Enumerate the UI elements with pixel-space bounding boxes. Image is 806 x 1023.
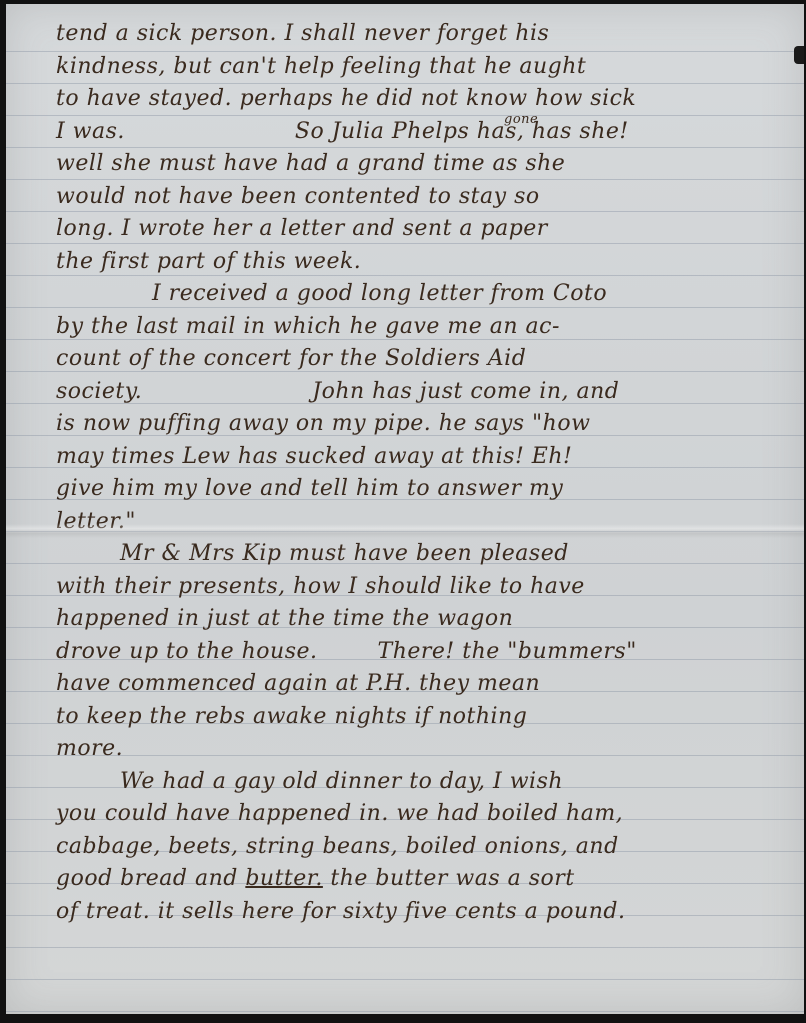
letter-line: of treat. it sells here for sixty five c… (56, 896, 796, 929)
letter-line: Mr & Mrs Kip must have been pleased (56, 538, 796, 571)
letter-line: tend a sick person. I shall never forget… (56, 18, 796, 51)
letter-line: well she must have had a grand time as s… (56, 148, 796, 181)
letter-line: kindness, but can't help feeling that he… (56, 51, 796, 84)
line-segment: drove up to the house. (56, 639, 318, 664)
letter-page: tend a sick person. I shall never forget… (6, 4, 804, 1014)
line-segment: There! the "bummers" (378, 639, 637, 664)
letter-line: give him my love and tell him to answer … (56, 473, 796, 506)
letter-body: tend a sick person. I shall never forget… (56, 18, 796, 928)
line-segment: John has just come in, and (312, 379, 619, 404)
letter-line: to keep the rebs awake nights if nothing (56, 701, 796, 734)
letter-line: to have stayed. perhaps he did not know … (56, 83, 796, 116)
letter-line: more. (56, 733, 796, 766)
letter-line: you could have happened in. we had boile… (56, 798, 796, 831)
letter-line: would not have been contented to stay so (56, 181, 796, 214)
line-segment: I was. (56, 119, 125, 144)
letter-line: I received a good long letter from Coto (56, 278, 796, 311)
line-segment: good bread and (56, 866, 238, 891)
letter-line: with their presents, how I should like t… (56, 571, 796, 604)
line-segment: So Julia Phelps has, has she! (295, 119, 629, 144)
letter-line: count of the concert for the Soldiers Ai… (56, 343, 796, 376)
interlinear-insertion: gone (504, 104, 538, 137)
letter-line: may times Lew has sucked away at this! E… (56, 441, 796, 474)
line-segment: society. (56, 379, 142, 404)
letter-line: good bread and butter. the butter was a … (56, 863, 796, 896)
letter-line: long. I wrote her a letter and sent a pa… (56, 213, 796, 246)
underlined-word: butter. (245, 866, 323, 891)
letter-line: cabbage, beets, string beans, boiled oni… (56, 831, 796, 864)
letter-line: society.John has just come in, and (56, 376, 796, 409)
letter-line: drove up to the house.There! the "bummer… (56, 636, 796, 669)
letter-line: by the last mail in which he gave me an … (56, 311, 796, 344)
letter-line: have commenced again at P.H. they mean (56, 668, 796, 701)
line-segment: the butter was a sort (330, 866, 574, 891)
letter-line: is now puffing away on my pipe. he says … (56, 408, 796, 441)
letter-line: We had a gay old dinner to day, I wish (56, 766, 796, 799)
letter-line: I was.So Julia Phelps has, has she! gone (56, 116, 796, 149)
letter-line: happened in just at the time the wagon (56, 603, 796, 636)
letter-line: letter." (56, 506, 796, 539)
letter-line: the first part of this week. (56, 246, 796, 279)
